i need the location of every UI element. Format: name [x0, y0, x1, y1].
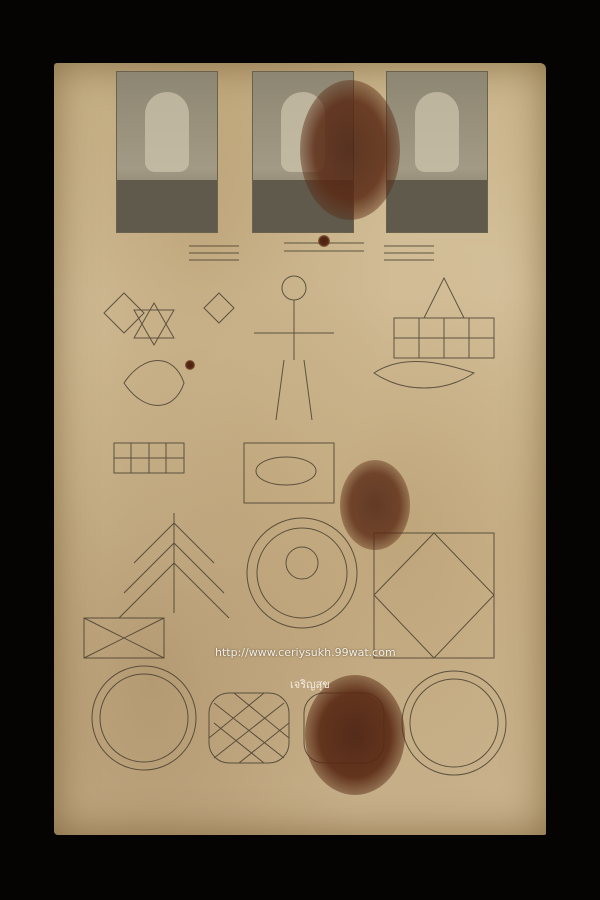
yantra-drawings [54, 63, 546, 835]
watermark-url: http://www.ceriysukh.99wat.com [215, 646, 396, 659]
stain-small-2 [318, 235, 330, 247]
stain-center-right [340, 460, 410, 550]
stain-top-center [300, 80, 400, 220]
watermark-thai-name: เจริญสุข [290, 675, 330, 693]
stain-bottom-center [305, 675, 405, 795]
stain-small-1 [185, 360, 195, 370]
